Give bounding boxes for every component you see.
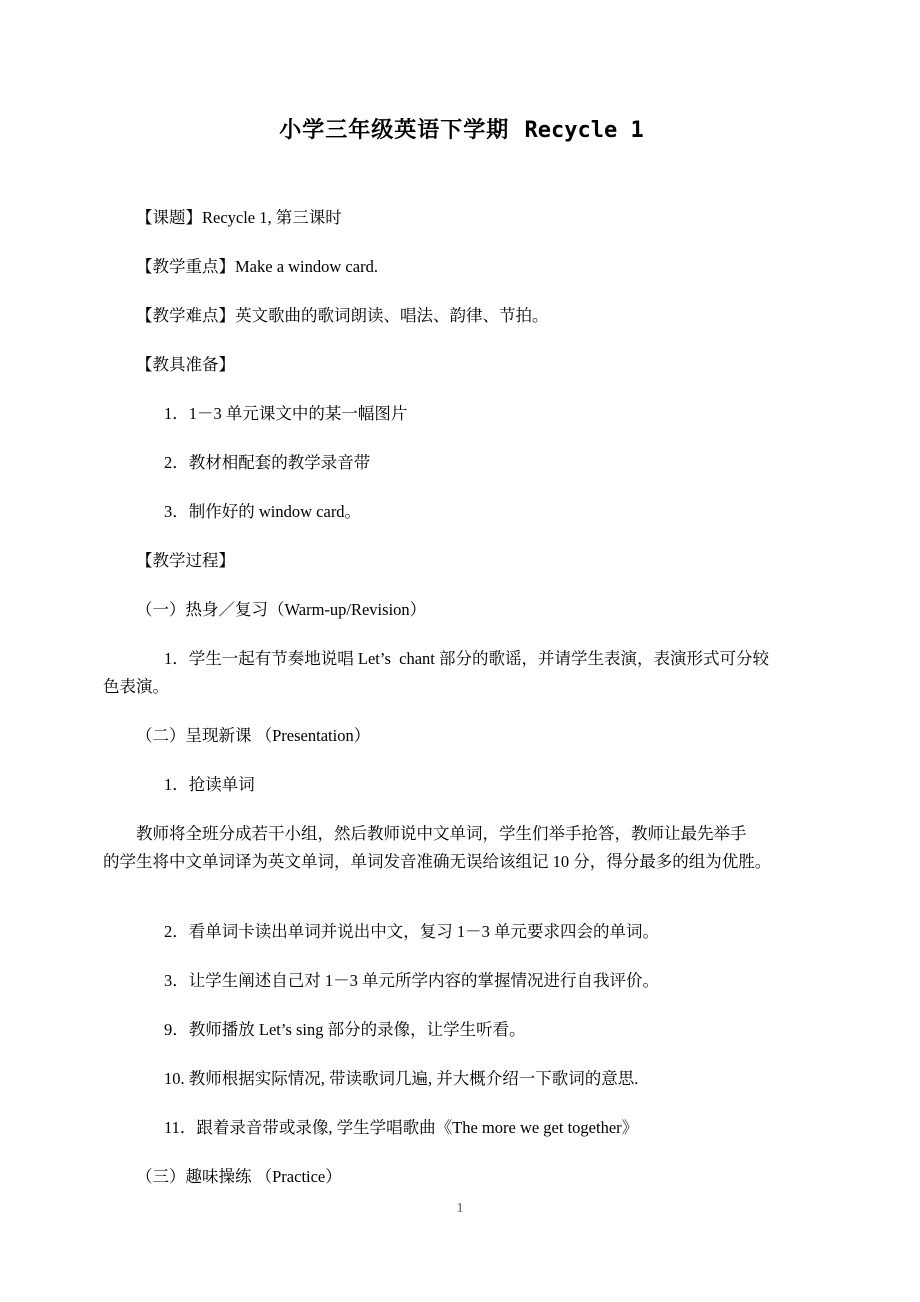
page-title: 小学三年级英语下学期 Recycle 1 — [103, 112, 820, 146]
paragraph-aid-item-2: 2．教材相配套的教学录音带 — [103, 449, 820, 477]
text-line: 3．让学生阐述自己对 1－3 单元所学内容的掌握情况进行自我评价。 — [103, 967, 820, 995]
document-body: 小学三年级英语下学期 Recycle 1 【课题】Recycle 1, 第三课时… — [0, 0, 920, 1191]
text-line: （二）呈现新课 （Presentation） — [103, 722, 820, 750]
page-title-english: Recycle 1 — [525, 118, 644, 143]
paragraph-section-1-step-1: 1．学生一起有节奏地说唱 Let’s chant 部分的歌谣，并请学生表演，表演… — [103, 645, 820, 701]
text-line: 9．教师播放 Let’s sing 部分的录像，让学生听看。 — [103, 1016, 820, 1044]
paragraph-label-guocheng: 【教学过程】 — [103, 547, 820, 575]
paragraph-label-keti: 【课题】Recycle 1, 第三课时 — [103, 204, 820, 232]
text-line: 【课题】Recycle 1, 第三课时 — [103, 204, 820, 232]
text-line: 教师将全班分成若干小组，然后教师说中文单词，学生们举手抢答，教师让最先举手 — [103, 820, 820, 848]
paragraph-label-nandian: 【教学难点】英文歌曲的歌词朗读、唱法、韵律、节拍。 — [103, 302, 820, 330]
paragraph-section-2-step-9: 9．教师播放 Let’s sing 部分的录像，让学生听看。 — [103, 1016, 820, 1044]
text-line: 1．学生一起有节奏地说唱 Let’s chant 部分的歌谣，并请学生表演，表演… — [103, 645, 820, 673]
text-line: （一）热身／复习（Warm-up/Revision） — [103, 596, 820, 624]
page-number: 1 — [0, 1200, 920, 1218]
paragraph-section-1-heading: （一）热身／复习（Warm-up/Revision） — [103, 596, 820, 624]
paragraph-section-2-step-3: 3．让学生阐述自己对 1－3 单元所学内容的掌握情况进行自我评价。 — [103, 967, 820, 995]
paragraph-label-zhongdian: 【教学重点】Make a window card. — [103, 253, 820, 281]
text-line: 1．抢读单词 — [103, 771, 820, 799]
text-line: 1．1－3 单元课文中的某一幅图片 — [103, 400, 820, 428]
text-line: 3．制作好的 window card。 — [103, 498, 820, 526]
paragraph-label-jiaoju: 【教具准备】 — [103, 351, 820, 379]
paragraph-aid-item-3: 3．制作好的 window card。 — [103, 498, 820, 526]
paragraph-section-2-heading: （二）呈现新课 （Presentation） — [103, 722, 820, 750]
document-page: 小学三年级英语下学期 Recycle 1 【课题】Recycle 1, 第三课时… — [0, 0, 920, 1302]
paragraph-section-3-heading: （三）趣味操练 （Practice） — [103, 1163, 820, 1191]
paragraph-aid-item-1: 1．1－3 单元课文中的某一幅图片 — [103, 400, 820, 428]
paragraph-section-2-step-11: 11．跟着录音带或录像, 学生学唱歌曲《The more we get toge… — [103, 1114, 820, 1142]
text-line: 2．看单词卡读出单词并说出中文，复习 1－3 单元要求四会的单词。 — [103, 918, 820, 946]
paragraph-section-2-step-2: 2．看单词卡读出单词并说出中文，复习 1－3 单元要求四会的单词。 — [103, 918, 820, 946]
text-line: 【教具准备】 — [103, 351, 820, 379]
text-line: 10. 教师根据实际情况, 带读歌词几遍, 并大概介绍一下歌词的意思. — [103, 1065, 820, 1093]
text-line: 2．教材相配套的教学录音带 — [103, 449, 820, 477]
text-line: 【教学过程】 — [103, 547, 820, 575]
text-line: 【教学难点】英文歌曲的歌词朗读、唱法、韵律、节拍。 — [103, 302, 820, 330]
text-line: 【教学重点】Make a window card. — [103, 253, 820, 281]
paragraph-section-2-step-1: 1．抢读单词 — [103, 771, 820, 799]
text-line: 11．跟着录音带或录像, 学生学唱歌曲《The more we get toge… — [103, 1114, 820, 1142]
paragraph-section-2-step-10: 10. 教师根据实际情况, 带读歌词几遍, 并大概介绍一下歌词的意思. — [103, 1065, 820, 1093]
text-line: 的学生将中文单词译为英文单词，单词发音准确无误给该组记 10 分，得分最多的组为… — [103, 848, 820, 876]
text-line: 色表演。 — [103, 673, 820, 701]
text-line: （三）趣味操练 （Practice） — [103, 1163, 820, 1191]
page-title-chinese: 小学三年级英语下学期 — [279, 118, 509, 143]
paragraph-section-2-desc: 教师将全班分成若干小组，然后教师说中文单词，学生们举手抢答，教师让最先举手 的学… — [103, 820, 820, 876]
